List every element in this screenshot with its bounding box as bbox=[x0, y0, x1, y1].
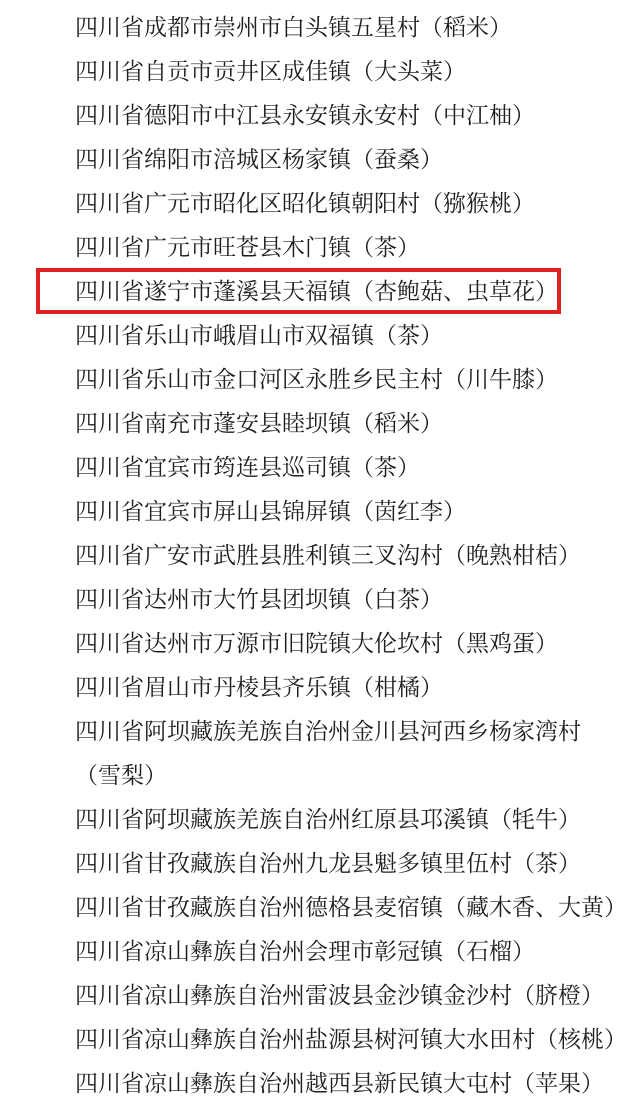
list-item: 四川省广安市武胜县胜利镇三叉沟村（晚熟柑桔） bbox=[75, 534, 640, 578]
list-item: 四川省成都市崇州市白头镇五星村（稻米） bbox=[75, 6, 640, 50]
list-item: 四川省甘孜藏族自治州德格县麦宿镇（藏木香、大黄） bbox=[75, 886, 640, 930]
list-item: 四川省绵阳市涪城区杨家镇（蚕桑） bbox=[75, 138, 640, 182]
list-item: 四川省乐山市峨眉山市双福镇（茶） bbox=[75, 314, 640, 358]
list-item: 四川省自贡市贡井区成佳镇（大头菜） bbox=[75, 50, 640, 94]
list-item: 四川省广元市昭化区昭化镇朝阳村（猕猴桃） bbox=[75, 182, 640, 226]
list-item: 四川省凉山彝族自治州越西县新民镇大屯村（苹果） bbox=[75, 1062, 640, 1106]
list-item: 四川省南充市蓬安县睦坝镇（稻米） bbox=[75, 402, 640, 446]
list-item: 四川省阿坝藏族羌族自治州金川县河西乡杨家湾村 bbox=[75, 710, 640, 754]
list-item: 四川省凉山彝族自治州会理市彰冠镇（石榴） bbox=[75, 930, 640, 974]
list-item: 四川省凉山彝族自治州盐源县树河镇大水田村（核桃） bbox=[75, 1018, 640, 1062]
list-item: 四川省阿坝藏族羌族自治州红原县邛溪镇（牦牛） bbox=[75, 798, 640, 842]
list-item: 四川省乐山市金口河区永胜乡民主村（川牛膝） bbox=[75, 358, 640, 402]
list-item: 四川省凉山彝族自治州雷波县金沙镇金沙村（脐橙） bbox=[75, 974, 640, 1018]
list-item-continuation: （雪梨） bbox=[75, 754, 640, 798]
list-item: 四川省广元市旺苍县木门镇（茶） bbox=[75, 226, 640, 270]
list-item: 四川省达州市大竹县团坝镇（白茶） bbox=[75, 578, 640, 622]
list-item: 四川省宜宾市筠连县巡司镇（茶） bbox=[75, 446, 640, 490]
list-item-text: 四川省遂宁市蓬溪县天福镇（杏鲍菇、虫草花） bbox=[75, 279, 558, 304]
document-body: 四川省成都市崇州市白头镇五星村（稻米） 四川省自贡市贡井区成佳镇（大头菜） 四川… bbox=[0, 0, 640, 1106]
list-item: 四川省宜宾市屏山县锦屏镇（茵红李） bbox=[75, 490, 640, 534]
list-item: 四川省甘孜藏族自治州九龙县魁多镇里伍村（茶） bbox=[75, 842, 640, 886]
list-item-highlighted: 四川省遂宁市蓬溪县天福镇（杏鲍菇、虫草花） bbox=[75, 270, 640, 314]
list-item: 四川省达州市万源市旧院镇大伦坎村（黑鸡蛋） bbox=[75, 622, 640, 666]
list-item: 四川省眉山市丹棱县齐乐镇（柑橘） bbox=[75, 666, 640, 710]
list-item: 四川省德阳市中江县永安镇永安村（中江柚） bbox=[75, 94, 640, 138]
